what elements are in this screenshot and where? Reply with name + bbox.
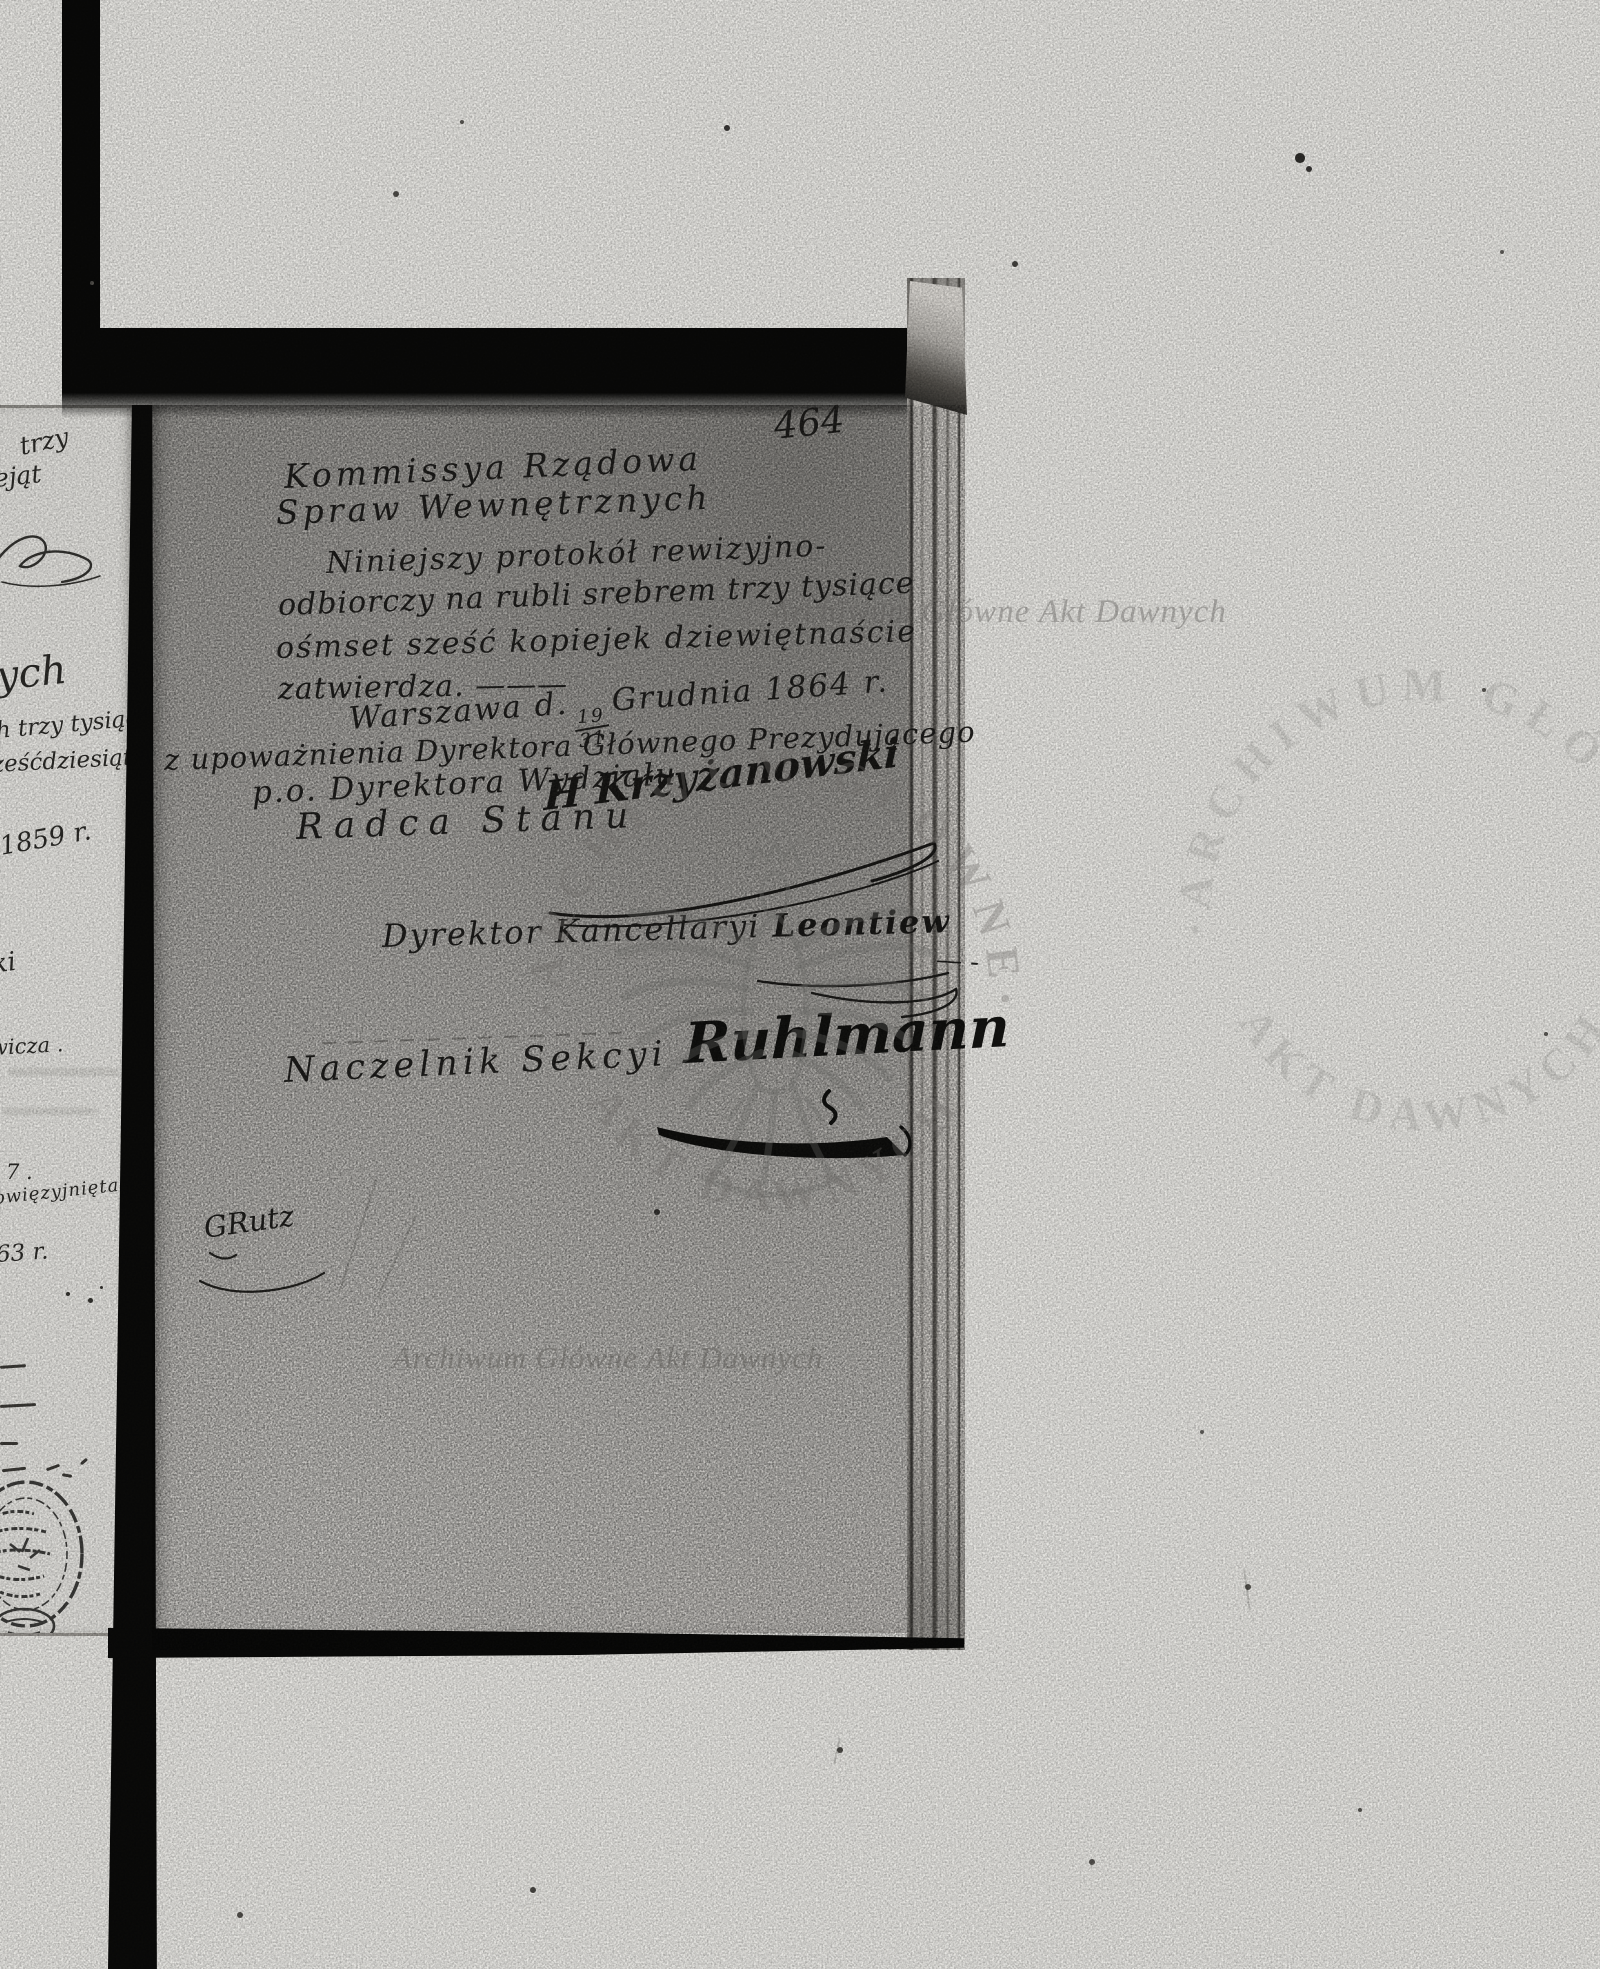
second-partial-ring-watermark: ·ARCHIWUM GŁÓWNE· AKT DAWNYCH: [1168, 659, 1600, 1142]
show-through-text-ghost: [2, 1108, 97, 1115]
surface-scratch: [1243, 1570, 1251, 1610]
ink-scribble: [80, 1458, 88, 1465]
ink-dot: [100, 1286, 103, 1289]
left-page-fragment: 7 .: [6, 1160, 33, 1184]
trailing-dash-mark: — -: [935, 945, 980, 978]
archive-scan-photo: trzy ejąt ych h trzy tysiące ześćdziesią…: [0, 0, 1600, 1969]
dateline-month-year: Grudnia 1864 r.: [611, 663, 890, 718]
margin-dash: [0, 1403, 36, 1408]
film-black-bar-top: [62, 0, 100, 348]
official-seal-stamp: [0, 1474, 98, 1636]
left-page-fragment: ki: [0, 947, 18, 980]
left-page-fragment: 1859 r.: [0, 816, 93, 862]
left-page-fragmentary: trzy ejąt ych h trzy tysiące ześćdziesią…: [0, 405, 133, 1636]
ink-dot: [66, 1292, 70, 1296]
left-page-fragment: ych: [0, 647, 69, 700]
margin-dash: [0, 1364, 26, 1369]
signature-dyrektor-kancellaryi: Leontiew: [772, 902, 951, 945]
page-number: 464: [772, 398, 847, 448]
clerk-paraph: GRutz: [202, 1199, 296, 1245]
margin-dash: [2, 1467, 26, 1472]
svg-text:AKT DAWNYCH: AKT DAWNYCH: [1229, 999, 1600, 1142]
svg-text:·ARCHIWUM GŁÓWNE·: ·ARCHIWUM GŁÓWNE·: [1168, 659, 1600, 938]
watermark-ring2-top-text: ·ARCHIWUM GŁÓWNE·: [1168, 659, 1600, 938]
surface-scratch: [833, 1738, 840, 1764]
title-dyrektor-kancellaryi: Dyrektor Kancellaryi: [382, 907, 761, 955]
paraph-flourish: [192, 1251, 332, 1306]
body-line-3: ośmset sześć kopiejek dziewiętnaście: [276, 614, 918, 666]
margin-dash: [0, 1442, 18, 1445]
page-corner-fold: [905, 281, 967, 415]
surface-scratch: [377, 1215, 417, 1297]
watermark-ring2-bottom-text: AKT DAWNYCH: [1229, 999, 1600, 1142]
manuscript-text-layer: 464 Kommissya Rządowa Spraw Wewnętrznych…: [152, 405, 965, 1655]
ink-scribble: [46, 1464, 60, 1472]
left-page-signature-flourish: [0, 520, 107, 595]
left-page-fragment: wicza .: [0, 1032, 64, 1060]
ink-dot: [88, 1298, 93, 1303]
dyrektor-kancellaryi-line: Dyrektor Kancellaryi Leontiew: [382, 902, 952, 955]
surface-scratch: [339, 1178, 378, 1293]
left-page-fragment: ejąt: [0, 459, 43, 493]
left-page-fragment: ześćdziesiąt: [0, 745, 133, 778]
dust-specks: [0, 0, 4, 4]
show-through-text-ghost: [8, 1068, 118, 1076]
left-page-fragment: 63 r.: [0, 1238, 49, 1268]
left-page-fragment: h trzy tysiące: [0, 704, 133, 744]
ruhlmann-underline-stroke: [647, 1087, 947, 1162]
signature-naczelnik-sekcyi: Ruhlmann: [683, 994, 1010, 1077]
left-page-fragment: trzy: [17, 422, 71, 461]
